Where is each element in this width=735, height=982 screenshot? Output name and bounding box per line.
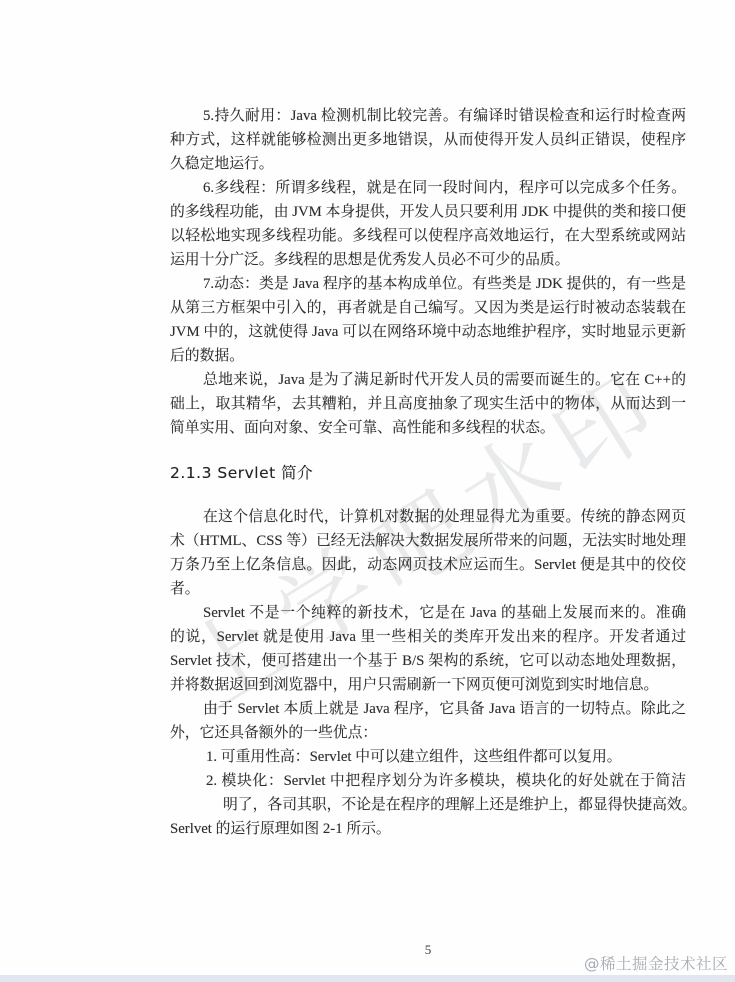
- body-text-line: 5.持久耐用：Java 检测机制比较完善。有编译时错误检查和运行时检查两: [170, 104, 686, 128]
- page-bottom-edge: [0, 975, 735, 982]
- body-text-line: 的多线程功能，由 JVM 本身提供，开发人员只要利用 JDK 中提供的类和接口便…: [170, 200, 686, 224]
- body-text-line: 简单实用、面向对象、安全可靠、高性能和多线程的状态。: [170, 416, 686, 440]
- body-text-line: 久稳定地运行。: [170, 152, 686, 176]
- body-text-line: 总地来说，Java 是为了满足新时代开发人员的需要而诞生的。它在 C++的基: [170, 368, 686, 392]
- list-item-continuation: 明了，各司其职，不论是在程序的理解上还是维护上，都显得快捷高效。: [170, 793, 686, 817]
- body-text-line: 万条乃至上亿条信息。因此，动态网页技术应运而生。Servlet 便是其中的佼佼: [170, 553, 686, 577]
- community-watermark: @稀土掘金技术社区: [584, 952, 728, 974]
- body-text-line: 后的数据。: [170, 344, 686, 368]
- body-text-line: 术（HTML、CSS 等）已经无法解决大数据发展所带来的问题，无法实时地处理上: [170, 529, 686, 553]
- body-text-line: 在这个信息化时代，计算机对数据的处理显得尤为重要。传统的静态网页技: [170, 505, 686, 529]
- list-item: 2. 模块化：Servlet 中把程序划分为许多模块，模块化的好处就在于简洁: [170, 769, 686, 793]
- body-text-line: 6.多线程：所谓多线程，就是在同一段时间内，程序可以完成多个任务。Java: [170, 176, 686, 200]
- body-text-line: 外，它还具备额外的一些优点：: [170, 721, 686, 745]
- body-text-line: 由于 Servlet 本质上就是 Java 程序，它具备 Java 语言的一切特…: [170, 697, 686, 721]
- body-text-line: 并将数据返回到浏览器中，用户只需刷新一下网页便可浏览到实时地信息。: [170, 673, 686, 697]
- body-text-line: 的说，Servlet 就是使用 Java 里一些相关的类库开发出来的程序。开发者…: [170, 625, 686, 649]
- body-text-line: JVM 中的，这就使得 Java 可以在网络环境中动态地维护程序，实时地显示更新: [170, 320, 686, 344]
- section-heading: 2.1.3 Servlet 简介: [170, 461, 686, 485]
- body-text-line: 7.动态：类是 Java 程序的基本构成单位。有些类是 JDK 提供的，有一些是: [170, 272, 686, 296]
- body-text-line: 础上，取其精华，去其糟粕，并且高度抽象了现实生活中的物体，从而达到一种: [170, 392, 686, 416]
- body-text-line: 运用十分广泛。多线程的思想是优秀发人员必不可少的品质。: [170, 248, 686, 272]
- body-text-line: Servlet 技术，便可搭建出一个基于 B/S 架构的系统，它可以动态地处理数…: [170, 649, 686, 673]
- body-text-line: 种方式，这样就能够检测出更多地错误，从而使得开发人员纠正错误，使程序长: [170, 128, 686, 152]
- body-text-line: Serlvet 的运行原理如图 2-1 所示。: [170, 817, 686, 841]
- page-body: 5.持久耐用：Java 检测机制比较完善。有编译时错误检查和运行时检查两 种方式…: [170, 104, 686, 841]
- body-text-line: 从第三方框架中引入的，再者就是自己编写。又因为类是运行时被动态装载在: [170, 296, 686, 320]
- body-text-line: Servlet 不是一个纯粹的新技术，它是在 Java 的基础上发展而来的。准确: [170, 601, 686, 625]
- document-page: 上学吧水印 5.持久耐用：Java 检测机制比较完善。有编译时错误检查和运行时检…: [0, 0, 735, 982]
- list-item: 1. 可重用性高：Servlet 中可以建立组件，这些组件都可以复用。: [170, 745, 686, 769]
- body-text-line: 以轻松地实现多线程功能。多线程可以使程序高效地运行，在大型系统或网站中: [170, 224, 686, 248]
- body-text-line: 者。: [170, 577, 686, 601]
